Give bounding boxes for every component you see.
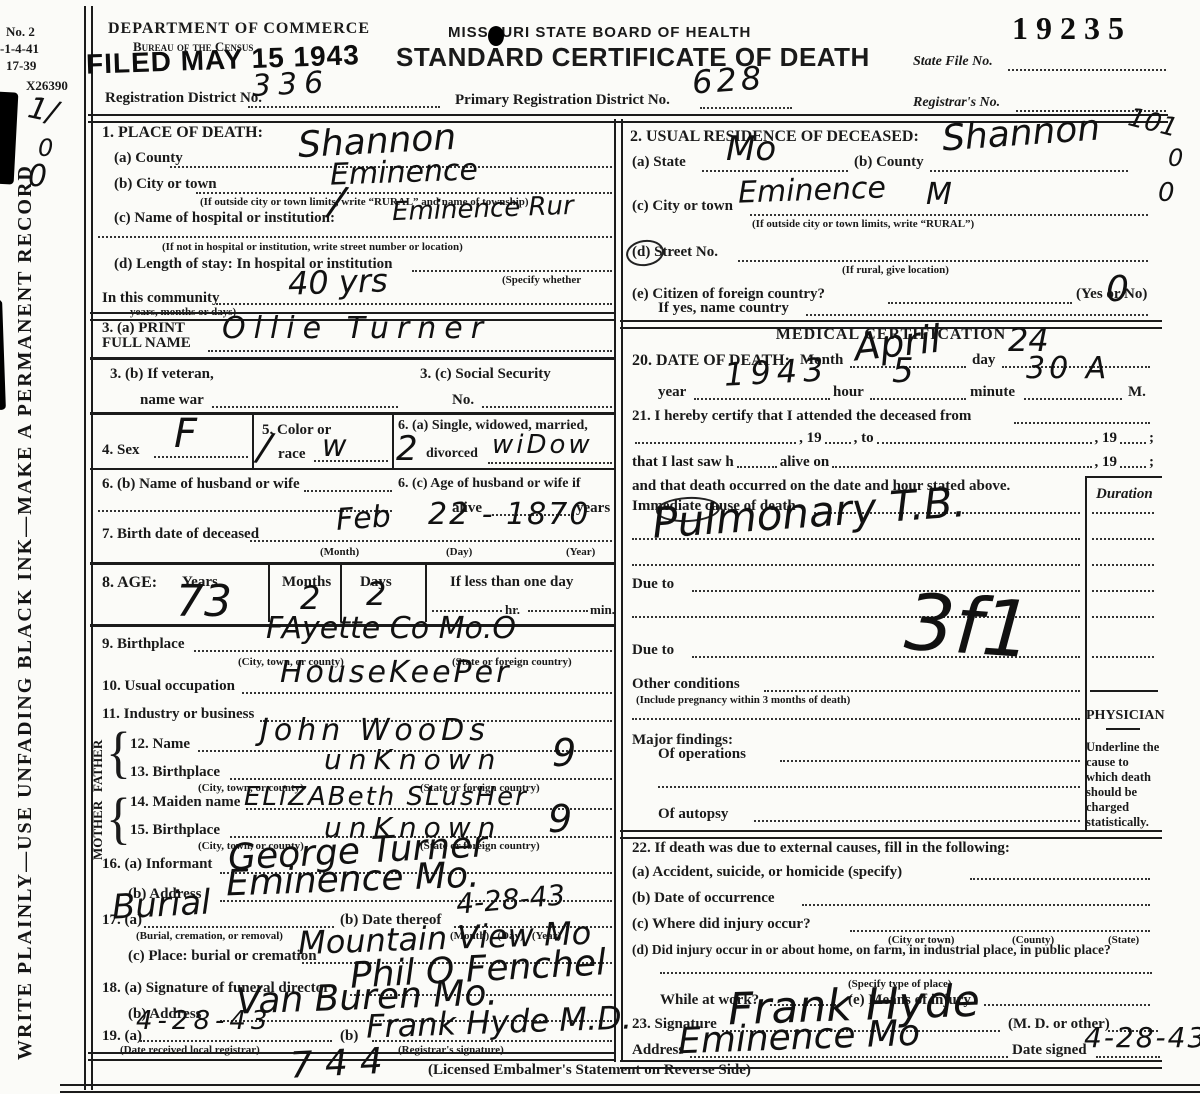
s10-occupation-label: 10. Usual occupation [102,678,235,695]
s21-line2-to: , to [854,430,874,447]
s23-address-label: Address [632,1042,684,1059]
cause-operations-label: Of operations [658,746,746,763]
s17b-date-value: 4-28-43 [455,881,566,918]
s4-sex-label: 4. Sex [102,442,140,459]
s21-line3-19: , 19 [1095,454,1118,471]
s21-line2-semi: ; [1149,430,1154,447]
fill-line [194,650,612,652]
s8-years-value: 73 [176,580,232,624]
dept-title: DEPARTMENT OF COMMERCE [108,20,370,38]
father-side-label: FATHER [90,730,106,792]
s1-stay-note: (Specify whether [502,274,581,286]
s2-city-label: (c) City or town [632,198,733,215]
s10-occupation-value: HouseKeePer [280,658,511,688]
fill-line [764,690,1080,692]
margin-instruction-text: WRITE PLAINLY—USE UNFADING BLACK INK—MAK… [14,150,37,1060]
fill-line [888,302,1072,304]
center-column-rule [614,119,623,1062]
s14-maiden-label: 14. Maiden name [130,794,240,811]
s2-state-label: (a) State [632,154,686,171]
s2-margin-hw-2: 0 [1168,146,1183,170]
fill-line [754,820,1080,822]
duration-bottom-rule [1090,690,1158,692]
s6a-hw-mark: 2 [396,432,418,466]
mother-brace: { [106,787,131,852]
s23-date-signed-value: 4-28-43 [1084,1024,1200,1052]
fill-line [658,786,1080,788]
s21-line2-19b: , 19 [1095,430,1118,447]
cause-other-hw-mark: 3f1 [902,584,1034,671]
fill-line [877,442,1092,444]
s15-mark: 9 [548,800,572,838]
s8-days-value: 2 [366,578,386,610]
father-brace: { [106,721,131,786]
fill-line [1092,564,1154,566]
s1-hospital-value: Eminence Rur [392,193,575,225]
s22-title: 22. If death was due to external causes,… [632,840,1010,857]
s1-community-value: 40 yrs [287,264,388,299]
s20-m-suffix: M. [1128,384,1146,401]
form-revision-a: -1-4-41 [0,41,39,57]
s20-year-value: 1943 [723,353,830,390]
certificate-number-stamp: 19235 [1012,10,1132,47]
s6a-label-2: divorced [426,446,478,462]
s22d-label: (d) Did injury occur in or about home, o… [632,942,1111,958]
cause-other-note: (Include pregnancy within 3 months of de… [636,694,850,706]
s22c-label: (c) Where did injury occur? [632,916,811,933]
s3c-label-2: No. [452,392,474,409]
physician-note: Underline the cause to which death shoul… [1086,740,1162,830]
s3c-label: 3. (c) Social Security [420,366,551,383]
cell-divider [392,414,394,468]
fill-line [230,778,612,780]
fill-line [242,692,612,694]
s2-state-value: Mo [726,132,776,166]
mother-side-label: MOTHER [90,796,106,860]
s12-father-name-value: John WooDs [260,716,490,746]
state-file-label: State File No. [913,54,993,70]
fill-line [304,490,392,492]
physician-title: PHYSICIAN [1086,708,1162,724]
s7-day-year-value: 22 - 1870 [428,500,590,530]
fill-line [870,398,966,400]
fill-line [216,303,612,305]
s5-stray-mark: / [256,427,273,466]
s22a-label: (a) Accident, suicide, or homicide (spec… [632,864,902,881]
s1-hospital-note: (If not in hospital or institution, writ… [162,241,463,253]
s2-county-value: Shannon [941,111,1101,158]
s4-sex-value: F [174,414,197,454]
s6b-label: 6. (b) Name of husband or wife [102,476,300,493]
fill-line [1092,590,1154,592]
s20-day-label: day [972,352,995,369]
section-rule [620,830,1162,839]
s1-community-label: In this community [102,290,220,307]
s16-informant-label: 16. (a) Informant [102,856,212,873]
s7-year-note: (Year) [566,546,595,558]
s14-maiden-value: ELiZABeth SLusHer [244,784,528,810]
duration-header: Duration [1096,486,1153,503]
s13-birthplace-value: unKnown [324,746,502,774]
s2-county-label: (b) County [854,154,924,171]
s8-age-label: 8. AGE: [102,574,157,592]
fill-line [825,442,851,444]
s1-city-value: Eminence [330,155,479,190]
s7-month-value: Feb [335,502,392,536]
s3b-label-2: name war [140,392,204,409]
fill-line [694,398,830,400]
fill-line [1092,512,1154,514]
s21-lastsaw-label: that I last saw h [632,454,734,471]
s6a-marital-value: wiDow [492,432,593,458]
fill-line [482,406,612,408]
fill-line [1008,69,1166,71]
s3b-label: 3. (b) If veteran, [110,366,214,383]
s3a-label-2: FULL NAME [102,335,191,352]
form-revision-b: 17-39 [6,58,36,74]
death-certificate-page: No. 2 -1-4-41 17-39 X26390 1/ 0 0 WRITE … [0,0,1200,1094]
s2-street-note: (If rural, give location) [842,264,949,276]
s2-margin-hw-1: 101 [1126,104,1180,141]
fill-line [737,466,777,468]
s21-line2-19: , 19 [799,430,822,447]
s22c-note-state: (State) [1108,934,1139,946]
fill-line [1092,656,1154,658]
bottom-rule [60,1084,1200,1093]
primary-district-value: 628 [691,61,766,98]
cause-autopsy-label: Of autopsy [658,806,728,823]
s22b-label: (b) Date of occurrence [632,890,775,907]
fill-line [154,456,248,458]
fill-line [250,540,612,542]
s17c-place-label: (c) Place: burial or cremation [128,948,317,965]
fill-line [632,718,1080,720]
s2-margin-hw-3: 0 [1158,180,1175,206]
s2-citizen-value: 0 [1106,272,1129,308]
s20-hour-label: hour [833,384,864,401]
section-rule [90,562,614,565]
s1-hospital-label: (c) Name of hospital or institution: [114,210,335,227]
fill-line [660,972,1152,974]
fill-line [850,930,1150,932]
s7-birthdate-label: 7. Birth date of deceased [102,526,259,543]
fill-line [208,350,612,352]
fill-line [1014,422,1150,424]
fill-line [1024,398,1122,400]
form-number: No. 2 [6,24,35,40]
s13-birthplace-label: 13. Birthplace [130,764,220,781]
footer-hw-number: 744 [289,1043,395,1084]
primary-district-label: Primary Registration District No. [455,92,670,109]
fill-line [212,406,398,408]
s13-mark: 9 [552,734,576,772]
s2-city-value: Eminence [738,173,887,208]
ink-blot [488,26,504,46]
s21-line3-semi: ; [1149,454,1154,471]
s8-months-value: 2 [300,582,320,614]
s21-certify-line: 21. I hereby certify that I attended the… [632,408,971,425]
s9-birthplace-value: FAyette Co Mo.O [266,614,516,644]
reg-district-label: Registration District No. [105,90,262,107]
cause-due1-label: Due to [632,576,674,593]
s2-city-value-2: M [926,180,952,210]
left-frame-rule [84,6,93,1090]
s19b-registrar-signature-value: Frank Hyde M.D. [366,1001,633,1042]
fill-line [802,904,1150,906]
fill-line [970,878,1150,880]
s20-year-label: year [658,384,686,401]
s1-city-label: (b) City or town [114,176,217,193]
fill-line [750,214,1148,216]
s21-line-3: that I last saw h alive on , 19 ; [632,454,1154,471]
s6c-label-1: 6. (c) Age of husband or wife if [398,476,581,492]
s20-minute-label: minute [970,384,1015,401]
fill-line [98,236,612,238]
fill-line [930,170,1128,172]
fill-line [632,564,1080,566]
fill-line [140,1040,332,1042]
cause-due2-label: Due to [632,642,674,659]
s2-ifyes-label: If yes, name country [658,300,789,317]
fill-line [635,442,796,444]
fill-line [1120,442,1146,444]
s15-birthplace-label: 15. Birthplace [130,822,220,839]
section-rule [90,468,614,470]
fill-line [528,610,588,612]
fill-line [488,462,612,464]
fill-line [832,466,1091,468]
s1-county-label: (a) County [114,150,183,167]
s5-color-label-2: race [278,446,305,463]
cause-other-label: Other conditions [632,676,740,693]
s8-min-label: min. [590,602,615,618]
s21-line-2: , 19 , to , 19 ; [632,430,1154,447]
fill-line [248,106,440,108]
s2-city-note: (If outside city or town limits, write “… [752,218,974,230]
physician-divider [1106,728,1140,730]
ink-blot [0,300,6,410]
s17a-note: (Burial, cremation, or removal) [136,930,283,942]
fill-line [806,314,1148,316]
fill-line [412,270,612,272]
s9-birthplace-label: 9. Birthplace [102,636,185,653]
fill-line [780,760,1080,762]
s2-street-label: (d) Street No. [632,244,718,261]
fill-line [632,538,1080,540]
fill-line [1092,616,1154,618]
reg-district-value: 336 [251,68,331,102]
full-name-value: Ollie Turner [222,314,491,344]
s5-race-value: w [322,432,347,462]
fill-line [1120,466,1146,468]
s23-address-value: Eminence Mo [677,1016,920,1060]
margin-handwriting: 0 [38,136,53,160]
section-rule [90,412,614,415]
s17a-burial-value: Burial [111,885,211,924]
fill-line [700,107,792,109]
s20-hour-value: 5 [892,354,914,388]
margin-handwriting: 1/ [25,93,60,128]
s23-date-signed-label: Date signed [1012,1042,1087,1059]
s7-day-note: (Day) [446,546,472,558]
duration-top-rule [1085,476,1162,478]
s8-lessday-header: If less than one day [450,574,573,591]
fill-line [1096,1056,1160,1058]
s1-title: 1. PLACE OF DEATH: [102,124,263,142]
cell-divider [252,414,254,468]
fill-line [984,1004,1150,1006]
s21-aliveon-label: alive on [780,454,830,471]
certificate-title: STANDARD CERTIFICATE OF DEATH [396,42,870,73]
s19a-date-received-value: 4-28-43 [136,1008,272,1034]
s16-address-value: Eminence Mo. [225,858,480,903]
fill-line [738,260,1148,262]
s12-name-label: 12. Name [130,736,190,753]
section-rule [90,357,614,360]
registrar-no-label: Registrar's No. [913,95,1000,111]
s7-month-note: (Month) [320,546,359,558]
s20-minute-value: 30 A [1026,354,1110,384]
fill-line [1092,538,1154,540]
embalmer-note: (Licensed Embalmer's Statement on Revers… [428,1062,751,1079]
